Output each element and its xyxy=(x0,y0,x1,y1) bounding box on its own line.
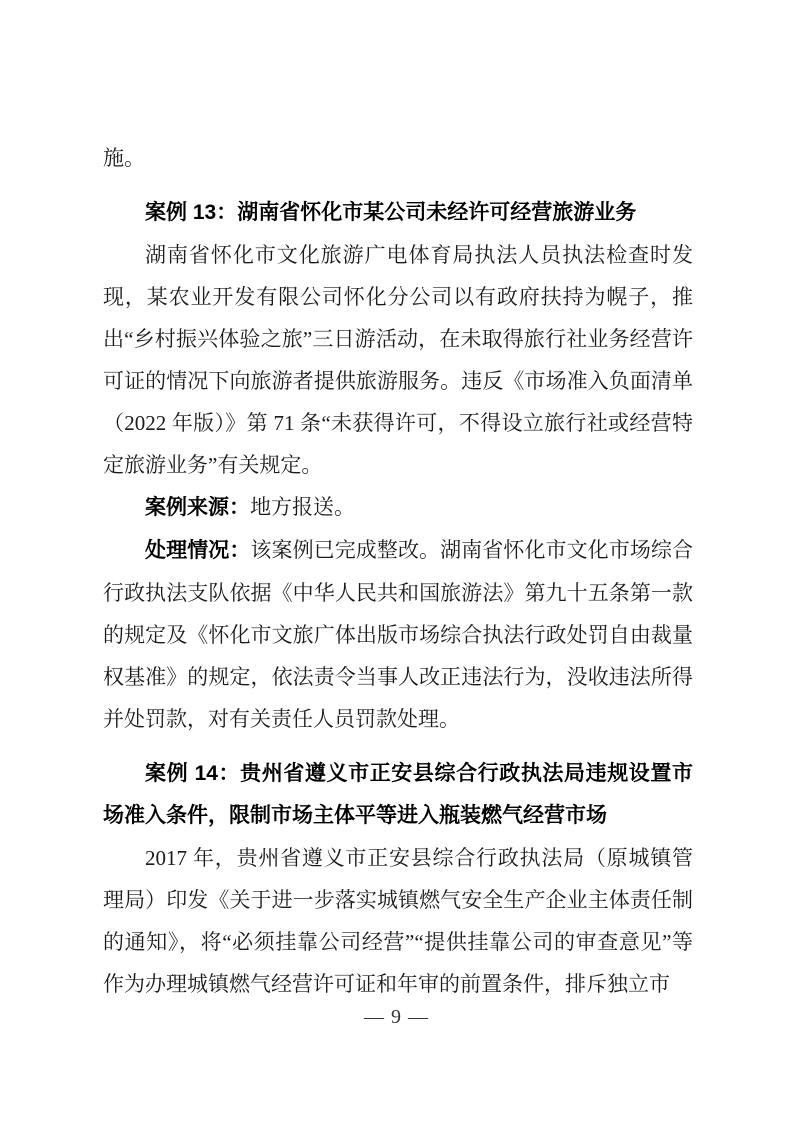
document-page: 施。 案例 13：湖南省怀化市某公司未经许可经营旅游业务 湖南省怀化市文化旅游广… xyxy=(0,0,793,1122)
paragraph-continuation: 施。 xyxy=(103,137,693,179)
case-13-body-paragraph: 湖南省怀化市文化旅游广电体育局执法人员执法检查时发现，某农业开发有限公司怀化分公… xyxy=(103,234,693,486)
case-14-body-paragraph: 2017 年，贵州省遵义市正安县综合行政执法局（原城镇管理局）印发《关于进一步落… xyxy=(103,837,693,1005)
case-14-title: 案例 14：贵州省遵义市正安县综合行政执法局违规设置市场准入条件，限制市场主体平… xyxy=(103,753,693,837)
case-handling-value: 该案例已完成整改。湖南省怀化市文化市场综合行政执法支队依据《中华人民共和国旅游法… xyxy=(103,538,693,731)
case-handling-label: 处理情况： xyxy=(145,539,250,562)
page-number-footer: — 9 — xyxy=(0,1002,793,1032)
case-13-source-line: 案例来源：地方报送。 xyxy=(103,486,693,529)
case-13-handling-line: 处理情况：该案例已完成整改。湖南省怀化市文化市场综合行政执法支队依据《中华人民共… xyxy=(103,529,693,740)
case-13-title: 案例 13：湖南省怀化市某公司未经许可经营旅游业务 xyxy=(103,192,693,234)
case-source-value: 地方报送。 xyxy=(250,495,355,519)
case-source-label: 案例来源： xyxy=(145,496,250,519)
